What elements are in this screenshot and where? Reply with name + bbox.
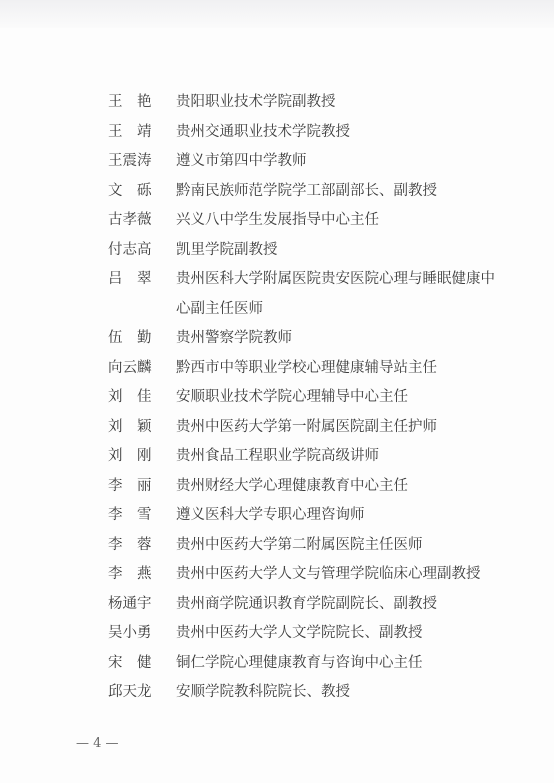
member-name: 古孝薇 (108, 206, 176, 236)
member-title: 遵义市第四中学教师 (176, 147, 508, 177)
member-name: 向云麟 (108, 354, 176, 384)
list-item: 邱天龙安顺学院教科院院长、教授 (108, 678, 508, 708)
member-title: 贵州中医药大学人文学院院长、副教授 (176, 619, 508, 649)
member-title: 兴义八中学生发展指导中心主任 (176, 206, 508, 236)
member-title: 贵阳职业技术学院副教授 (176, 88, 508, 118)
member-title: 贵州财经大学心理健康教育中心主任 (176, 472, 508, 502)
member-name: 刘 佳 (108, 383, 176, 413)
scan-top-shade (0, 0, 554, 28)
list-item: 伍 勤贵州警察学院教师 (108, 324, 508, 354)
list-item: 王 靖贵州交通职业技术学院教授 (108, 118, 508, 148)
list-item: 杨通宇贵州商学院通识教育学院副院长、副教授 (108, 590, 508, 620)
member-title: 安顺学院教科院院长、教授 (176, 678, 508, 708)
member-title: 黔南民族师范学院学工部副部长、副教授 (176, 177, 508, 207)
member-name: 文 砾 (108, 177, 176, 207)
member-title: 贵州中医药大学第二附属医院主任医师 (176, 531, 508, 561)
member-name: 王 艳 (108, 88, 176, 118)
member-title: 贵州中医药大学人文与管理学院临床心理副教授 (176, 560, 508, 590)
member-list: 王 艳贵阳职业技术学院副教授 王 靖贵州交通职业技术学院教授 王震涛遵义市第四中… (108, 88, 508, 708)
list-item: 刘 颖贵州中医药大学第一附属医院副主任护师 (108, 413, 508, 443)
member-name: 王震涛 (108, 147, 176, 177)
member-name: 李 蓉 (108, 531, 176, 561)
member-name: 宋 健 (108, 649, 176, 679)
list-item: 李 蓉贵州中医药大学第二附属医院主任医师 (108, 531, 508, 561)
member-name: 李 燕 (108, 560, 176, 590)
member-name: 刘 刚 (108, 442, 176, 472)
member-name: 李 雪 (108, 501, 176, 531)
list-item: 王震涛遵义市第四中学教师 (108, 147, 508, 177)
member-title: 贵州医科大学附属医院贵安医院心理与睡眠健康中心副主任医师 (176, 265, 508, 324)
member-title: 铜仁学院心理健康教育与咨询中心主任 (176, 649, 508, 679)
member-title: 贵州警察学院教师 (176, 324, 508, 354)
member-name: 王 靖 (108, 118, 176, 148)
member-name: 杨通宇 (108, 590, 176, 620)
member-name: 刘 颖 (108, 413, 176, 443)
list-item: 李 雪遵义医科大学专职心理咨询师 (108, 501, 508, 531)
member-title: 凯里学院副教授 (176, 236, 508, 266)
member-title: 贵州食品工程职业学院高级讲师 (176, 442, 508, 472)
member-title: 贵州中医药大学第一附属医院副主任护师 (176, 413, 508, 443)
list-item: 向云麟黔西市中等职业学校心理健康辅导站主任 (108, 354, 508, 384)
member-name: 邱天龙 (108, 678, 176, 708)
list-item: 李 丽贵州财经大学心理健康教育中心主任 (108, 472, 508, 502)
list-item: 王 艳贵阳职业技术学院副教授 (108, 88, 508, 118)
list-item: 付志高凯里学院副教授 (108, 236, 508, 266)
member-title: 贵州商学院通识教育学院副院长、副教授 (176, 590, 508, 620)
member-name: 李 丽 (108, 472, 176, 502)
list-item: 刘 刚贵州食品工程职业学院高级讲师 (108, 442, 508, 472)
page-number: — 4 — (76, 736, 119, 751)
member-name: 伍 勤 (108, 324, 176, 354)
member-title: 遵义医科大学专职心理咨询师 (176, 501, 508, 531)
member-name: 吴小勇 (108, 619, 176, 649)
list-item: 古孝薇兴义八中学生发展指导中心主任 (108, 206, 508, 236)
list-item: 吕 翠贵州医科大学附属医院贵安医院心理与睡眠健康中心副主任医师 (108, 265, 508, 324)
list-item: 刘 佳安顺职业技术学院心理辅导中心主任 (108, 383, 508, 413)
member-name: 付志高 (108, 236, 176, 266)
member-title: 黔西市中等职业学校心理健康辅导站主任 (176, 354, 508, 384)
member-title: 安顺职业技术学院心理辅导中心主任 (176, 383, 508, 413)
member-name: 吕 翠 (108, 265, 176, 295)
member-title: 贵州交通职业技术学院教授 (176, 118, 508, 148)
list-item: 李 燕贵州中医药大学人文与管理学院临床心理副教授 (108, 560, 508, 590)
list-item: 文 砾黔南民族师范学院学工部副部长、副教授 (108, 177, 508, 207)
list-item: 宋 健铜仁学院心理健康教育与咨询中心主任 (108, 649, 508, 679)
list-item: 吴小勇贵州中医药大学人文学院院长、副教授 (108, 619, 508, 649)
